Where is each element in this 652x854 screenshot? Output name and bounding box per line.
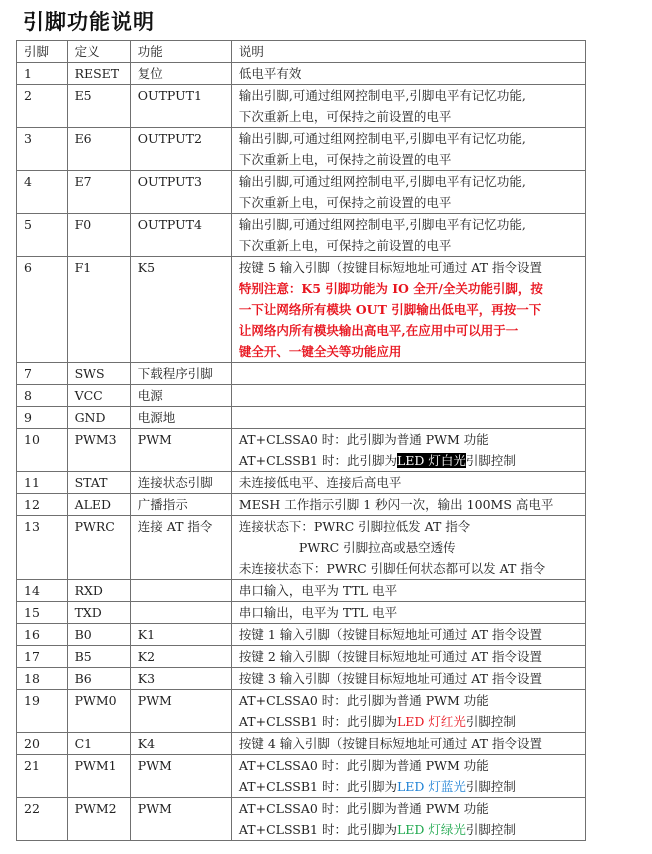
header-definition: 定义	[67, 41, 130, 63]
cell-description: 串口输入，电平为 TTL 电平	[231, 580, 585, 602]
cell-definition: PWRC	[67, 516, 130, 580]
cell-description: 输出引脚,可通过组网控制电平,引脚电平有记忆功能,下次重新上电，可保持之前设置的…	[231, 171, 585, 214]
description-line: 按键 5 输入引脚（按键目标短地址可通过 AT 指令设置	[239, 257, 585, 278]
cell-function: OUTPUT2	[130, 128, 231, 171]
cell-function: PWM	[130, 798, 231, 841]
description-line: AT+CLSSA0 时：此引脚为普通 PWM 功能	[239, 690, 585, 711]
header-function: 功能	[130, 41, 231, 63]
cell-definition: VCC	[67, 385, 130, 407]
cell-pin: 21	[17, 755, 68, 798]
cell-pin: 1	[17, 63, 68, 85]
description-line: 下次重新上电，可保持之前设置的电平	[239, 192, 585, 213]
cell-definition: E7	[67, 171, 130, 214]
cell-function	[130, 580, 231, 602]
description-line: 串口输入，电平为 TTL 电平	[239, 580, 585, 601]
led-suffix: 引脚控制	[466, 779, 516, 794]
cell-definition: STAT	[67, 472, 130, 494]
led-prefix: AT+CLSSB1 时：此引脚为	[239, 453, 397, 468]
description-line: 输出引脚,可通过组网控制电平,引脚电平有记忆功能,	[239, 128, 585, 149]
cell-description: 按键 3 输入引脚（按键目标短地址可通过 AT 指令设置	[231, 668, 585, 690]
cell-function: K4	[130, 733, 231, 755]
cell-pin: 11	[17, 472, 68, 494]
cell-function: K5	[130, 257, 231, 363]
warning-note-line: 让网络内所有模块输出高电平,在应用中可以用于一	[239, 320, 585, 341]
led-control-line: AT+CLSSB1 时：此引脚为LED 灯红光引脚控制	[239, 711, 585, 732]
description-line: 输出引脚,可通过组网控制电平,引脚电平有记忆功能,	[239, 214, 585, 235]
cell-definition: B0	[67, 624, 130, 646]
cell-description: 串口输出，电平为 TTL 电平	[231, 602, 585, 624]
description-line: 未连接状态下：PWRC 引脚任何状态都可以发 AT 指令	[239, 558, 585, 579]
cell-description: 按键 4 输入引脚（按键目标短地址可通过 AT 指令设置	[231, 733, 585, 755]
cell-pin: 16	[17, 624, 68, 646]
led-prefix: AT+CLSSB1 时：此引脚为	[239, 822, 397, 837]
cell-function: 电源地	[130, 407, 231, 429]
table-row: 17B5K2按键 2 输入引脚（按键目标短地址可通过 AT 指令设置	[17, 646, 586, 668]
cell-pin: 13	[17, 516, 68, 580]
header-pin: 引脚	[17, 41, 68, 63]
description-line: AT+CLSSA0 时：此引脚为普通 PWM 功能	[239, 755, 585, 776]
cell-definition: PWM3	[67, 429, 130, 472]
description-line: 低电平有效	[239, 63, 585, 84]
cell-pin: 14	[17, 580, 68, 602]
led-suffix: 引脚控制	[466, 822, 516, 837]
description-line: 下次重新上电，可保持之前设置的电平	[239, 149, 585, 170]
cell-definition: E6	[67, 128, 130, 171]
led-suffix: 引脚控制	[466, 714, 516, 729]
cell-pin: 5	[17, 214, 68, 257]
cell-function: OUTPUT3	[130, 171, 231, 214]
description-line: 按键 1 输入引脚（按键目标短地址可通过 AT 指令设置	[239, 624, 585, 645]
table-row: 16B0K1按键 1 输入引脚（按键目标短地址可通过 AT 指令设置	[17, 624, 586, 646]
description-line: 输出引脚,可通过组网控制电平,引脚电平有记忆功能,	[239, 171, 585, 192]
led-suffix: 引脚控制	[466, 453, 516, 468]
cell-pin: 6	[17, 257, 68, 363]
description-line	[239, 385, 585, 406]
table-row: 7SWS下载程序引脚	[17, 363, 586, 385]
led-color-highlight: LED 灯白光	[397, 453, 466, 468]
cell-pin: 15	[17, 602, 68, 624]
cell-function: 电源	[130, 385, 231, 407]
cell-pin: 19	[17, 690, 68, 733]
table-row: 11STAT连接状态引脚未连接低电平、连接后高电平	[17, 472, 586, 494]
table-row: 6F1K5按键 5 输入引脚（按键目标短地址可通过 AT 指令设置特别注意：K5…	[17, 257, 586, 363]
cell-pin: 7	[17, 363, 68, 385]
cell-function: K1	[130, 624, 231, 646]
cell-definition: PWM2	[67, 798, 130, 841]
cell-description: 输出引脚,可通过组网控制电平,引脚电平有记忆功能,下次重新上电，可保持之前设置的…	[231, 85, 585, 128]
cell-function: K3	[130, 668, 231, 690]
description-line: 连接状态下：PWRC 引脚拉低发 AT 指令	[239, 516, 585, 537]
cell-pin: 4	[17, 171, 68, 214]
table-row: 9GND电源地	[17, 407, 586, 429]
cell-description: 连接状态下：PWRC 引脚拉低发 AT 指令PWRC 引脚拉高或悬空透传未连接状…	[231, 516, 585, 580]
table-body: 1RESET复位低电平有效2E5OUTPUT1输出引脚,可通过组网控制电平,引脚…	[17, 63, 586, 841]
cell-description	[231, 385, 585, 407]
cell-definition: B5	[67, 646, 130, 668]
cell-pin: 22	[17, 798, 68, 841]
cell-function: 复位	[130, 63, 231, 85]
led-prefix: AT+CLSSB1 时：此引脚为	[239, 779, 397, 794]
cell-description: 按键 5 输入引脚（按键目标短地址可通过 AT 指令设置特别注意：K5 引脚功能…	[231, 257, 585, 363]
description-line: PWRC 引脚拉高或悬空透传	[239, 537, 585, 558]
led-control-line: AT+CLSSB1 时：此引脚为LED 灯白光引脚控制	[239, 450, 585, 471]
cell-description: 低电平有效	[231, 63, 585, 85]
description-line: 输出引脚,可通过组网控制电平,引脚电平有记忆功能,	[239, 85, 585, 106]
table-row: 10PWM3PWMAT+CLSSA0 时：此引脚为普通 PWM 功能AT+CLS…	[17, 429, 586, 472]
cell-description: 未连接低电平、连接后高电平	[231, 472, 585, 494]
cell-pin: 17	[17, 646, 68, 668]
description-line: 串口输出，电平为 TTL 电平	[239, 602, 585, 623]
cell-definition: SWS	[67, 363, 130, 385]
table-row: 13PWRC连接 AT 指令连接状态下：PWRC 引脚拉低发 AT 指令PWRC…	[17, 516, 586, 580]
cell-description: 按键 2 输入引脚（按键目标短地址可通过 AT 指令设置	[231, 646, 585, 668]
table-row: 14RXD串口输入，电平为 TTL 电平	[17, 580, 586, 602]
cell-description: AT+CLSSA0 时：此引脚为普通 PWM 功能AT+CLSSB1 时：此引脚…	[231, 798, 585, 841]
description-line: 按键 2 输入引脚（按键目标短地址可通过 AT 指令设置	[239, 646, 585, 667]
cell-function: PWM	[130, 690, 231, 733]
led-color-highlight: LED 灯红光	[397, 714, 466, 729]
cell-definition: ALED	[67, 494, 130, 516]
cell-pin: 12	[17, 494, 68, 516]
cell-pin: 18	[17, 668, 68, 690]
cell-description: 输出引脚,可通过组网控制电平,引脚电平有记忆功能,下次重新上电，可保持之前设置的…	[231, 128, 585, 171]
cell-description	[231, 407, 585, 429]
cell-function: K2	[130, 646, 231, 668]
cell-function: 连接 AT 指令	[130, 516, 231, 580]
description-line: MESH 工作指示引脚 1 秒闪一次，输出 100MS 高电平	[239, 494, 585, 515]
table-row: 12ALED广播指示MESH 工作指示引脚 1 秒闪一次，输出 100MS 高电…	[17, 494, 586, 516]
cell-function: 连接状态引脚	[130, 472, 231, 494]
table-row: 8VCC电源	[17, 385, 586, 407]
cell-definition: PWM1	[67, 755, 130, 798]
page-title: 引脚功能说明	[23, 6, 155, 36]
pin-function-table: 引脚 定义 功能 说明 1RESET复位低电平有效2E5OUTPUT1输出引脚,…	[16, 40, 586, 841]
table-row: 3E6OUTPUT2输出引脚,可通过组网控制电平,引脚电平有记忆功能,下次重新上…	[17, 128, 586, 171]
cell-description: AT+CLSSA0 时：此引脚为普通 PWM 功能AT+CLSSB1 时：此引脚…	[231, 690, 585, 733]
cell-description: MESH 工作指示引脚 1 秒闪一次，输出 100MS 高电平	[231, 494, 585, 516]
description-line: AT+CLSSA0 时：此引脚为普通 PWM 功能	[239, 798, 585, 819]
description-line: 按键 4 输入引脚（按键目标短地址可通过 AT 指令设置	[239, 733, 585, 754]
cell-definition: TXD	[67, 602, 130, 624]
cell-pin: 8	[17, 385, 68, 407]
cell-definition: GND	[67, 407, 130, 429]
cell-function: PWM	[130, 755, 231, 798]
table-header-row: 引脚 定义 功能 说明	[17, 41, 586, 63]
warning-note-line: 一下让网络所有模块 OUT 引脚输出低电平，再按一下	[239, 299, 585, 320]
cell-definition: RESET	[67, 63, 130, 85]
cell-description: AT+CLSSA0 时：此引脚为普通 PWM 功能AT+CLSSB1 时：此引脚…	[231, 429, 585, 472]
description-line: 下次重新上电，可保持之前设置的电平	[239, 235, 585, 256]
table-row: 1RESET复位低电平有效	[17, 63, 586, 85]
cell-function: OUTPUT1	[130, 85, 231, 128]
cell-function: PWM	[130, 429, 231, 472]
warning-note-line: 键全开、一键全关等功能应用	[239, 341, 585, 362]
cell-function	[130, 602, 231, 624]
led-color-highlight: LED 灯绿光	[397, 822, 466, 837]
led-control-line: AT+CLSSB1 时：此引脚为LED 灯蓝光引脚控制	[239, 776, 585, 797]
cell-definition: C1	[67, 733, 130, 755]
cell-definition: F1	[67, 257, 130, 363]
cell-pin: 10	[17, 429, 68, 472]
table-row: 22PWM2PWMAT+CLSSA0 时：此引脚为普通 PWM 功能AT+CLS…	[17, 798, 586, 841]
description-line	[239, 407, 585, 428]
led-prefix: AT+CLSSB1 时：此引脚为	[239, 714, 397, 729]
cell-description: AT+CLSSA0 时：此引脚为普通 PWM 功能AT+CLSSB1 时：此引脚…	[231, 755, 585, 798]
description-line: 按键 3 输入引脚（按键目标短地址可通过 AT 指令设置	[239, 668, 585, 689]
cell-function: OUTPUT4	[130, 214, 231, 257]
warning-note-line: 特别注意：K5 引脚功能为 IO 全开/全关功能引脚，按	[239, 278, 585, 299]
cell-definition: E5	[67, 85, 130, 128]
cell-description: 输出引脚,可通过组网控制电平,引脚电平有记忆功能,下次重新上电，可保持之前设置的…	[231, 214, 585, 257]
cell-pin: 3	[17, 128, 68, 171]
description-line: 未连接低电平、连接后高电平	[239, 472, 585, 493]
cell-function: 广播指示	[130, 494, 231, 516]
cell-definition: RXD	[67, 580, 130, 602]
cell-pin: 9	[17, 407, 68, 429]
cell-definition: F0	[67, 214, 130, 257]
led-color-highlight: LED 灯蓝光	[397, 779, 466, 794]
table-row: 4E7OUTPUT3输出引脚,可通过组网控制电平,引脚电平有记忆功能,下次重新上…	[17, 171, 586, 214]
table-row: 18B6K3按键 3 输入引脚（按键目标短地址可通过 AT 指令设置	[17, 668, 586, 690]
description-line: 下次重新上电，可保持之前设置的电平	[239, 106, 585, 127]
cell-definition: B6	[67, 668, 130, 690]
cell-pin: 2	[17, 85, 68, 128]
table-row: 2E5OUTPUT1输出引脚,可通过组网控制电平,引脚电平有记忆功能,下次重新上…	[17, 85, 586, 128]
header-description: 说明	[231, 41, 585, 63]
description-line	[239, 363, 585, 384]
cell-function: 下载程序引脚	[130, 363, 231, 385]
description-line: AT+CLSSA0 时：此引脚为普通 PWM 功能	[239, 429, 585, 450]
table-row: 5F0OUTPUT4输出引脚,可通过组网控制电平,引脚电平有记忆功能,下次重新上…	[17, 214, 586, 257]
cell-definition: PWM0	[67, 690, 130, 733]
table-row: 15TXD串口输出，电平为 TTL 电平	[17, 602, 586, 624]
table-row: 20C1K4按键 4 输入引脚（按键目标短地址可通过 AT 指令设置	[17, 733, 586, 755]
cell-description: 按键 1 输入引脚（按键目标短地址可通过 AT 指令设置	[231, 624, 585, 646]
cell-pin: 20	[17, 733, 68, 755]
table-row: 19PWM0PWMAT+CLSSA0 时：此引脚为普通 PWM 功能AT+CLS…	[17, 690, 586, 733]
led-control-line: AT+CLSSB1 时：此引脚为LED 灯绿光引脚控制	[239, 819, 585, 840]
cell-description	[231, 363, 585, 385]
table-row: 21PWM1PWMAT+CLSSA0 时：此引脚为普通 PWM 功能AT+CLS…	[17, 755, 586, 798]
